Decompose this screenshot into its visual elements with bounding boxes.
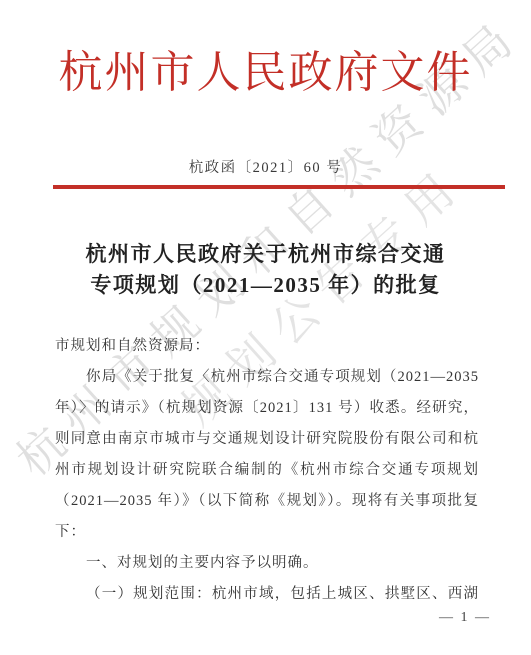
paragraph-line: （2021—2035 年）》（以下简称《规划》）。现将有关事项批复如 xyxy=(55,486,479,517)
paragraph-line: 你局《关于批复〈杭州市综合交通专项规划（2021—2035 xyxy=(55,362,479,393)
red-separator-line xyxy=(53,185,505,189)
section-item-line: 一、对规划的主要内容予以明确。 xyxy=(55,548,479,579)
paragraph-line: 则同意由南京市城市与交通规划设计研究院股份有限公司和杭 xyxy=(55,424,479,455)
page-number: — 1 — xyxy=(425,610,505,626)
salutation-line: 市规划和自然资源局： xyxy=(55,331,479,362)
document-title: 杭州市人民政府关于杭州市综合交通 专项规划（2021—2035 年）的批复 xyxy=(40,239,491,301)
paragraph-line: 下： xyxy=(55,517,479,548)
paragraph-line: 年）〉的请示》（杭规划资源〔2021〕131 号）收悉。经研究，原 xyxy=(55,393,479,424)
subsection-line: （一）规划范围：杭州市域，包括上城区、拱墅区、西湖 xyxy=(55,579,479,610)
document-title-line1: 杭州市人民政府关于杭州市综合交通 xyxy=(40,239,491,270)
body-text: 市规划和自然资源局： 你局《关于批复〈杭州市综合交通专项规划（2021—2035… xyxy=(55,331,479,610)
letterhead-title: 杭州市人民政府文件 xyxy=(0,47,531,99)
paragraph-line: 州市规划设计研究院联合编制的《杭州市综合交通专项规划 xyxy=(55,455,479,486)
document-title-line2: 专项规划（2021—2035 年）的批复 xyxy=(40,270,491,301)
document-number: 杭政函〔2021〕60 号 xyxy=(0,156,531,177)
document-page: 杭州市规划和自然资源局 规划公告专用 杭州市人民政府文件 杭政函〔2021〕60… xyxy=(0,0,531,655)
